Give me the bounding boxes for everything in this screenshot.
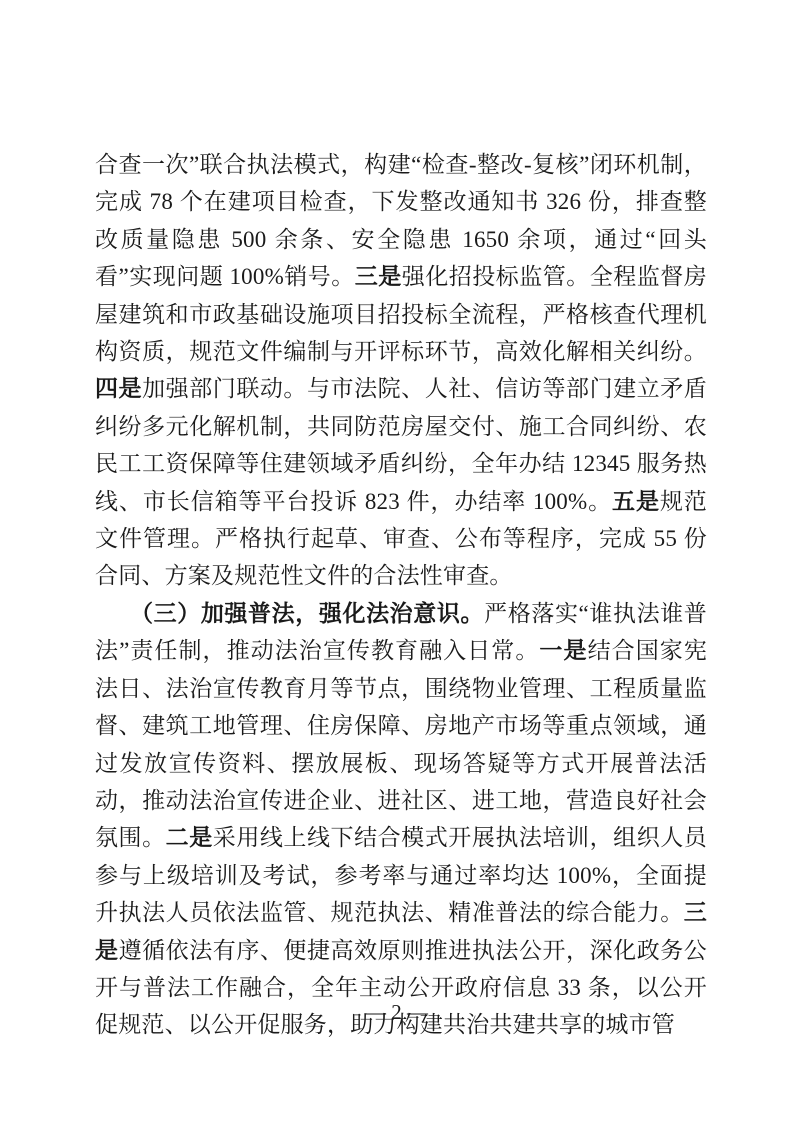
- text-run-bold: 二是: [166, 825, 213, 850]
- text-run-bold: 三是: [355, 264, 402, 289]
- document-page: 合查一次”联合执法模式，构建“检查-整改-复核”闭环机制，完成 78 个在建项目…: [0, 0, 793, 1122]
- text-run: 结合国家宪法日、法治宣传教育月等节点，围绕物业管理、工程质量监督、建筑工地管理、…: [95, 638, 707, 850]
- paragraph-legal-education: （三）加强普法，强化法治意识。严格落实“谁执法谁普法”责任制，推动法治宣传教育融…: [95, 595, 707, 1044]
- section-heading-run: （三）加强普法，强化法治意识。: [130, 601, 484, 626]
- page-footer: — 2 —: [0, 999, 793, 1025]
- page-number: — 2 —: [365, 1000, 428, 1024]
- paragraph-enforcement: 合查一次”联合执法模式，构建“检查-整改-复核”闭环机制，完成 78 个在建项目…: [95, 146, 707, 595]
- text-run-bold: 一是: [539, 638, 587, 663]
- document-body: 合查一次”联合执法模式，构建“检查-整改-复核”闭环机制，完成 78 个在建项目…: [95, 146, 707, 1044]
- text-run-bold: 四是: [95, 376, 142, 401]
- text-run-bold: 五是: [612, 489, 660, 514]
